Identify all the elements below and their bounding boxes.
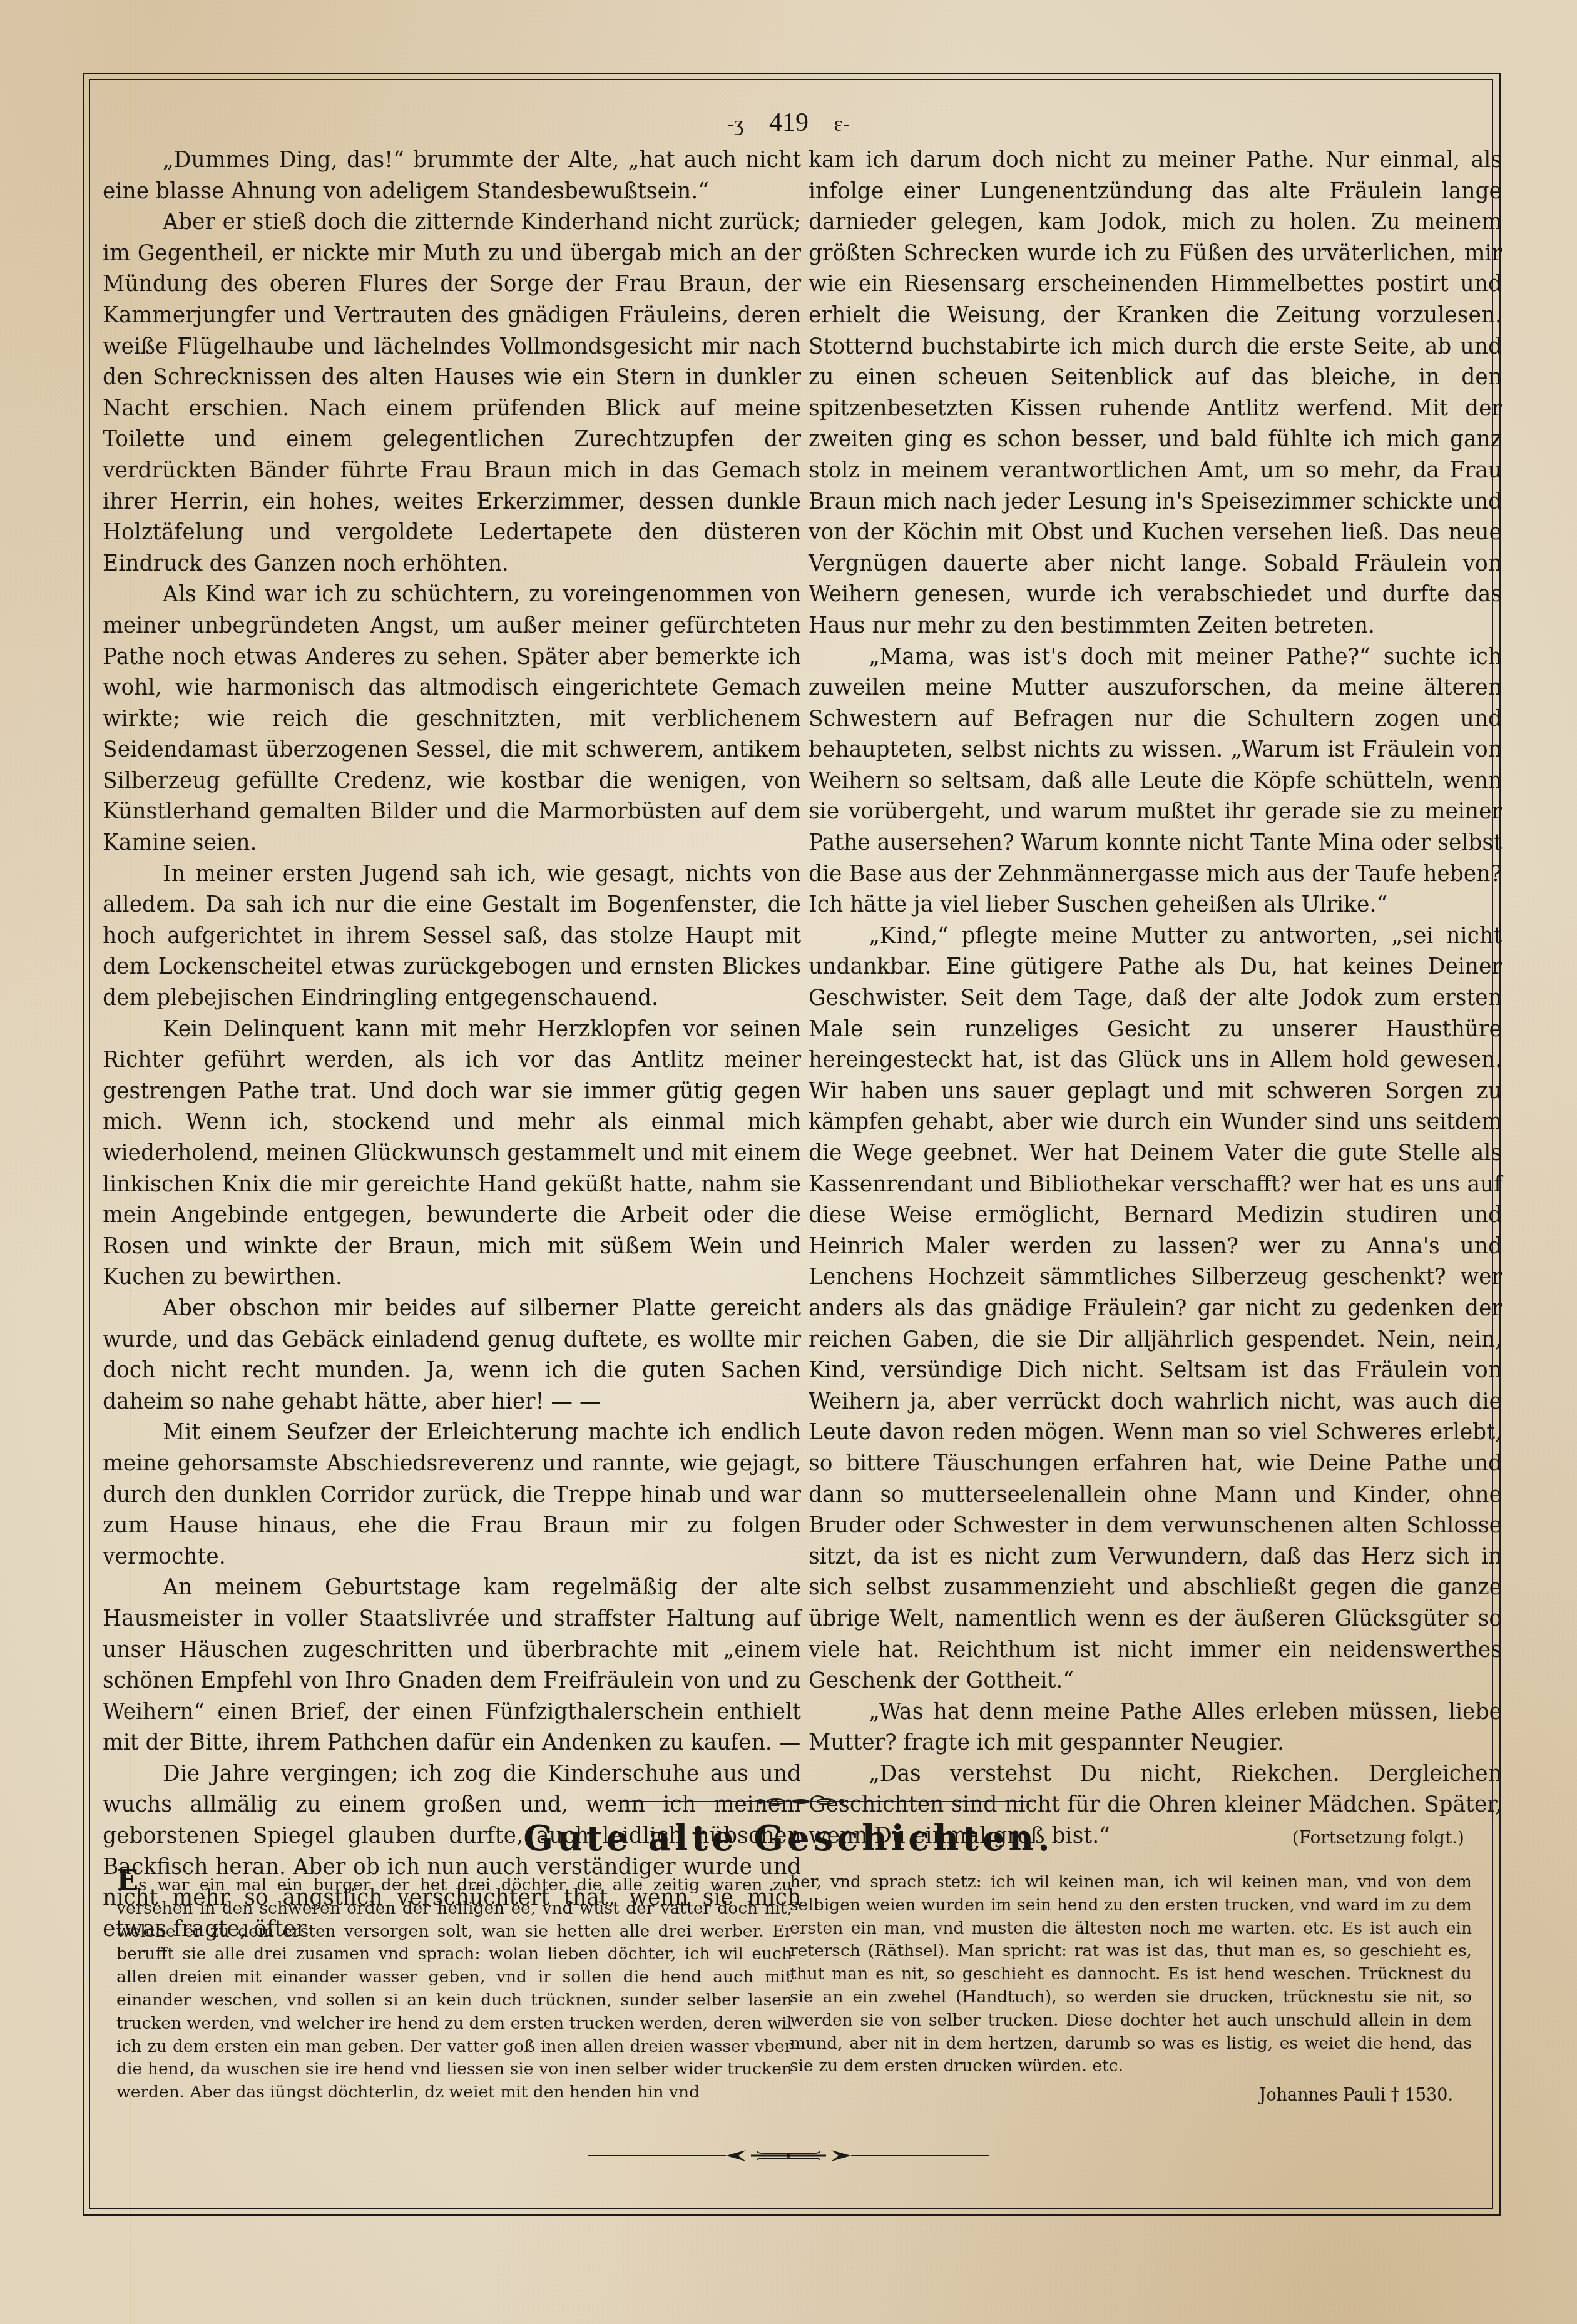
drop-cap: E (116, 1863, 138, 1897)
paragraph: Aber obschon mir beides auf silberner Pl… (103, 1293, 801, 1417)
right-flourish-icon: ε- (834, 113, 850, 136)
paragraph: „Mama, was ist's doch mit meiner Pathe?“… (809, 642, 1502, 921)
story-left-column: Es war ein mal ein burger der het drei d… (116, 1871, 792, 2104)
paragraph: Als Kind war ich zu schüchtern, zu vorei… (103, 579, 801, 859)
paragraph: „Kind,“ pflegte meine Mutter zu antworte… (809, 921, 1502, 1697)
end-ornament-icon (582, 2146, 995, 2165)
page-header: -ʒ 419 ε- (0, 108, 1577, 138)
paragraph: „Was hat denn meine Pathe Alles erleben … (809, 1697, 1502, 1759)
paragraph: kam ich darum doch nicht zu meiner Pathe… (809, 145, 1502, 642)
story-text-left: s war ein mal ein burger der het drei dö… (116, 1875, 792, 2102)
left-column: „Dummes Ding, das!“ brummte der Alte, „h… (103, 145, 801, 1945)
page-number: 419 (769, 108, 809, 137)
story-right-column: her, vnd sprach stetz: ich wil keinen ma… (790, 1871, 1472, 2107)
paragraph: Aber er stieß doch die zitternde Kinderh… (103, 207, 801, 579)
paragraph: Mit einem Seufzer der Erleichterung mach… (103, 1417, 801, 1572)
story-signature: Johannes Pauli † 1530. (790, 2084, 1453, 2107)
left-flourish-icon: -ʒ (727, 113, 743, 136)
paragraph: In meiner ersten Jugend sah ich, wie ges… (103, 859, 801, 1014)
section-divider-icon (620, 1798, 1033, 1805)
right-column: kam ich darum doch nicht zu meiner Pathe… (809, 145, 1502, 1853)
paragraph: An meinem Geburtstage kam regelmäßig der… (103, 1572, 801, 1759)
paragraph: „Dummes Ding, das!“ brummte der Alte, „h… (103, 145, 801, 207)
story-title: Gute alte Geschichten. (0, 1818, 1577, 1859)
paragraph: Kein Delinquent kann mit mehr Herzklopfe… (103, 1014, 801, 1293)
story-text-right: her, vnd sprach stetz: ich wil keinen ma… (790, 1871, 1472, 2078)
